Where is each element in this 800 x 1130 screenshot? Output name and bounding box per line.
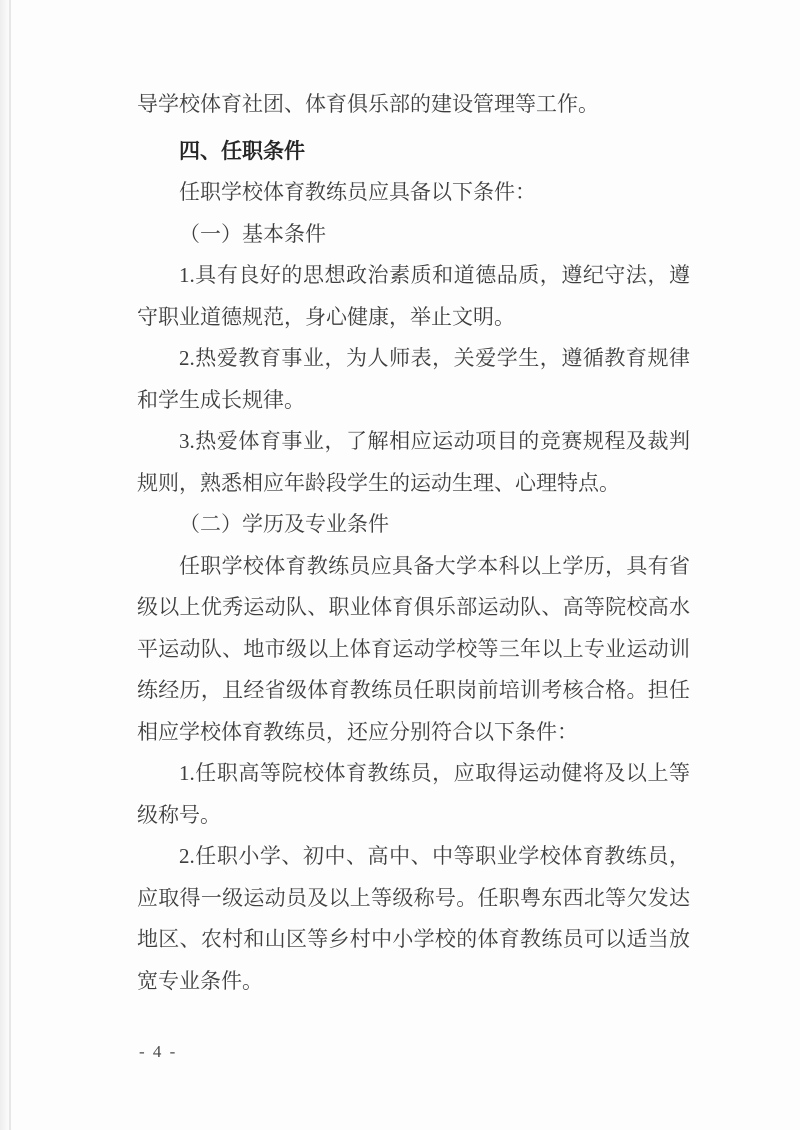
document-page: 导学校体育社团、体育俱乐部的建设管理等工作。 四、任职条件 任职学校体育教练员应… [0,0,800,1130]
sub-heading-basic-conditions: （一）基本条件 [137,214,690,256]
paragraph-qual-item-2: 2.任职小学、初中、高中、中等职业学校体育教练员，应取得一级运动员及以上等级称号… [137,836,690,1002]
paragraph-qualification-intro: 任职学校体育教练员应具备大学本科以上学历，具有省级以上优秀运动队、职业体育俱乐部… [137,546,690,754]
section-heading: 四、任职条件 [137,131,690,173]
paragraph: 任职学校体育教练员应具备以下条件： [137,172,690,214]
paragraph-item-2: 2.热爱教育事业，为人师表，关爱学生，遵循教育规律和学生成长规律。 [137,338,690,421]
page-number: - 4 - [139,1042,177,1062]
sub-heading-qualification-conditions: （二）学历及专业条件 [137,504,690,546]
paragraph-item-3: 3.热爱体育事业，了解相应运动项目的竞赛规程及裁判规则，熟悉相应年龄段学生的运动… [137,421,690,504]
paragraph-item-1: 1.具有良好的思想政治素质和道德品质，遵纪守法，遵守职业道德规范，身心健康，举止… [137,255,690,338]
paragraph-continuation: 导学校体育社团、体育俱乐部的建设管理等工作。 [137,84,690,126]
document-body: 导学校体育社团、体育俱乐部的建设管理等工作。 四、任职条件 任职学校体育教练员应… [137,84,690,1002]
paragraph-qual-item-1: 1.任职高等院校体育教练员，应取得运动健将及以上等级称号。 [137,753,690,836]
scan-edge-line [9,0,11,1130]
